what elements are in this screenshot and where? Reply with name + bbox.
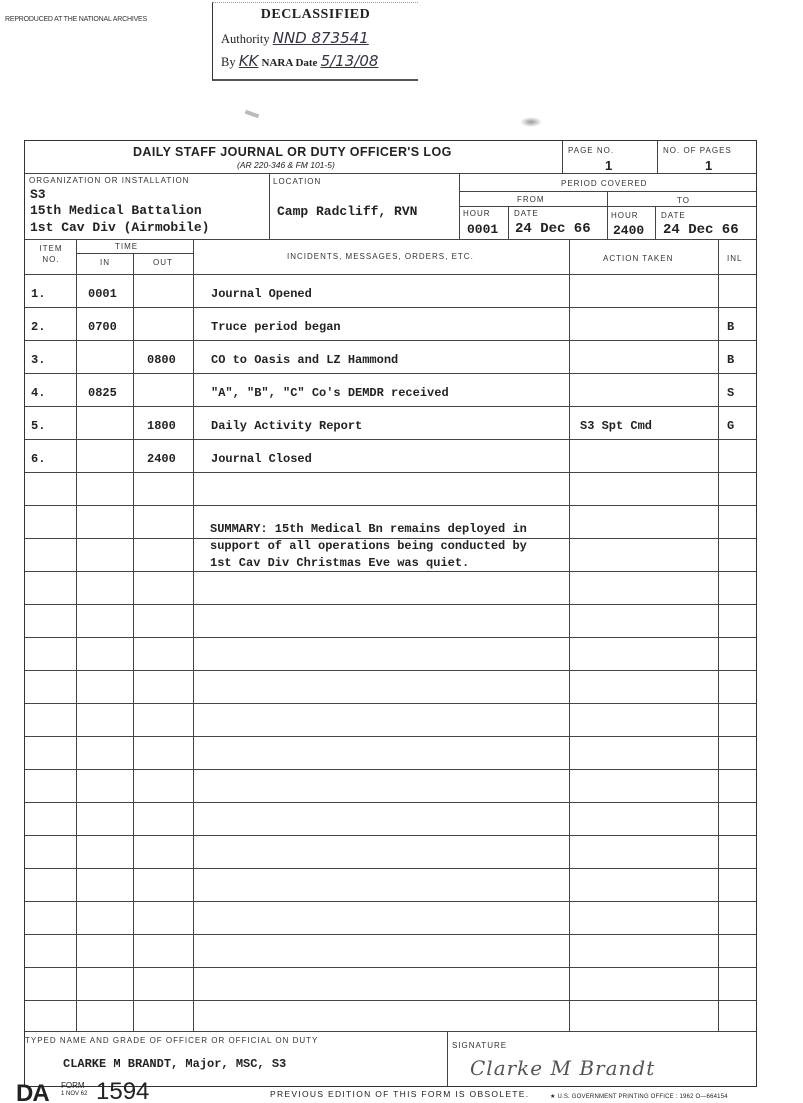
row-divider xyxy=(25,373,756,374)
declassified-stamp: DECLASSIFIED Authority NND 873541 By KK … xyxy=(212,2,418,81)
row-divider xyxy=(25,637,756,638)
column-divider xyxy=(193,239,194,1031)
printing-office-note: ★ U.S. GOVERNMENT PRINTING OFFICE : 1962… xyxy=(550,1093,728,1100)
to-label: TO xyxy=(677,196,690,205)
row-divider xyxy=(25,934,756,935)
column-divider xyxy=(718,239,719,1031)
signature: Clarke M Brandt xyxy=(470,1056,655,1080)
divider xyxy=(25,1031,756,1032)
header-out: OUT xyxy=(153,258,173,267)
organization-label: ORGANIZATION OR INSTALLATION xyxy=(29,176,189,185)
divider xyxy=(269,173,270,239)
header-action-taken: ACTION TAKEN xyxy=(603,254,673,263)
row-divider xyxy=(25,670,756,671)
row-divider xyxy=(25,802,756,803)
organization-line-3: 1st Cav Div (Airmobile) xyxy=(30,220,209,235)
row-divider xyxy=(25,505,756,506)
period-covered-label: PERIOD COVERED xyxy=(561,179,647,188)
header-item-no: ITEM NO. xyxy=(35,243,67,265)
divider xyxy=(459,206,756,207)
nara-date-label: NARA Date xyxy=(262,57,318,69)
to-date-value: 24 Dec 66 xyxy=(663,222,739,238)
cell-out: 1800 xyxy=(147,419,176,433)
divider xyxy=(447,1031,448,1086)
divider xyxy=(655,206,656,239)
column-divider xyxy=(569,239,570,1031)
cell-inl: B xyxy=(727,353,734,367)
organization-line-2: 15th Medical Battalion xyxy=(30,203,202,218)
row-divider xyxy=(25,571,756,572)
cell-item: 5. xyxy=(31,419,45,433)
to-hour-value: 2400 xyxy=(613,223,644,238)
row-divider xyxy=(25,439,756,440)
no-of-pages-label: NO. OF PAGES xyxy=(663,146,732,155)
divider xyxy=(76,253,193,254)
cell-action: S3 Spt Cmd xyxy=(580,419,652,433)
cell-in: 0001 xyxy=(88,287,117,301)
divider xyxy=(657,141,658,173)
divider xyxy=(607,191,608,239)
cell-incident: Journal Opened xyxy=(211,287,312,301)
cell-out: 2400 xyxy=(147,452,176,466)
row-divider xyxy=(25,868,756,869)
header-in: IN xyxy=(100,258,110,267)
column-divider xyxy=(133,253,134,1031)
cell-incident: Truce period began xyxy=(211,320,341,334)
from-date-value: 24 Dec 66 xyxy=(515,221,591,237)
row-divider xyxy=(25,967,756,968)
by-value: KK xyxy=(239,52,259,70)
row-divider xyxy=(25,307,756,308)
from-hour-value: 0001 xyxy=(467,222,498,237)
organization-line-1: S3 xyxy=(30,187,46,202)
archive-note: REPRODUCED AT THE NATIONAL ARCHIVES xyxy=(5,16,147,23)
summary-line-2: support of all operations being conducte… xyxy=(210,539,527,553)
cell-inl: B xyxy=(727,320,734,334)
header-incidents: INCIDENTS, MESSAGES, ORDERS, ETC. xyxy=(287,252,474,261)
nara-date-value: 5/13/08 xyxy=(321,52,379,70)
journal-form: DAILY STAFF JOURNAL OR DUTY OFFICER'S LO… xyxy=(24,140,757,1087)
row-divider xyxy=(25,835,756,836)
row-divider xyxy=(25,472,756,473)
by-label: By xyxy=(221,55,236,69)
scan-smudge xyxy=(245,110,260,119)
page-no-label: PAGE NO. xyxy=(568,146,614,155)
form-title: DAILY STAFF JOURNAL OR DUTY OFFICER'S LO… xyxy=(133,145,452,159)
divider xyxy=(25,239,756,240)
row-divider xyxy=(25,274,756,275)
cell-incident: Journal Closed xyxy=(211,452,312,466)
row-divider xyxy=(25,736,756,737)
summary-line-1: SUMMARY: 15th Medical Bn remains deploye… xyxy=(210,522,527,536)
cell-item: 3. xyxy=(31,353,45,367)
row-divider xyxy=(25,901,756,902)
cell-out: 0800 xyxy=(147,353,176,367)
to-date-label: DATE xyxy=(661,211,686,220)
divider xyxy=(562,141,563,173)
cell-in: 0825 xyxy=(88,386,117,400)
row-divider xyxy=(25,769,756,770)
row-divider xyxy=(25,1000,756,1001)
authority-value: NND 873541 xyxy=(273,29,369,47)
from-date-label: DATE xyxy=(514,209,539,218)
divider xyxy=(508,206,509,239)
stamp-title: DECLASSIFIED xyxy=(213,7,418,23)
previous-edition-note: PREVIOUS EDITION OF THIS FORM IS OBSOLET… xyxy=(270,1089,529,1099)
from-hour-label: HOUR xyxy=(463,209,491,218)
scan-smudge xyxy=(520,117,542,127)
row-divider xyxy=(25,703,756,704)
cell-inl: S xyxy=(727,386,734,400)
no-of-pages-value: 1 xyxy=(705,158,712,173)
form-subtitle: (AR 220-346 & FM 101-5) xyxy=(237,160,335,170)
header-time: TIME xyxy=(115,242,138,251)
cell-in: 0700 xyxy=(88,320,117,334)
summary-line-3: 1st Cav Div Christmas Eve was quiet. xyxy=(210,556,469,570)
cell-incident: CO to Oasis and LZ Hammond xyxy=(211,353,398,367)
row-divider xyxy=(25,340,756,341)
signature-label: SIGNATURE xyxy=(452,1041,507,1050)
form-word: FORM xyxy=(61,1082,87,1090)
cell-inl: G xyxy=(727,419,734,433)
cell-item: 6. xyxy=(31,452,45,466)
officer-name: CLARKE M BRANDT, Major, MSC, S3 xyxy=(63,1057,286,1071)
officer-label: TYPED NAME AND GRADE OF OFFICER OR OFFIC… xyxy=(25,1036,318,1045)
column-divider xyxy=(76,239,77,1031)
stamp-by: By KK NARA Date 5/13/08 xyxy=(221,52,378,70)
cell-item: 4. xyxy=(31,386,45,400)
cell-item: 1. xyxy=(31,287,45,301)
form-label: FORM 1 NOV 62 xyxy=(61,1082,87,1098)
cell-incident: "A", "B", "C" Co's DEMDR received xyxy=(211,386,449,400)
row-divider xyxy=(25,604,756,605)
location-label: LOCATION xyxy=(273,177,321,186)
authority-label: Authority xyxy=(221,32,270,46)
row-divider xyxy=(25,406,756,407)
form-date: 1 NOV 62 xyxy=(61,1090,87,1098)
stamp-authority: Authority NND 873541 xyxy=(221,29,369,47)
form-number: 1594 xyxy=(96,1078,149,1103)
form-prefix: DA xyxy=(16,1080,49,1103)
header-inl: INL xyxy=(727,254,742,263)
divider xyxy=(25,173,756,174)
location-value: Camp Radcliff, RVN xyxy=(277,204,417,219)
page-no-value: 1 xyxy=(605,158,612,173)
from-label: FROM xyxy=(517,195,545,204)
cell-incident: Daily Activity Report xyxy=(211,419,362,433)
cell-item: 2. xyxy=(31,320,45,334)
to-hour-label: HOUR xyxy=(611,211,639,220)
